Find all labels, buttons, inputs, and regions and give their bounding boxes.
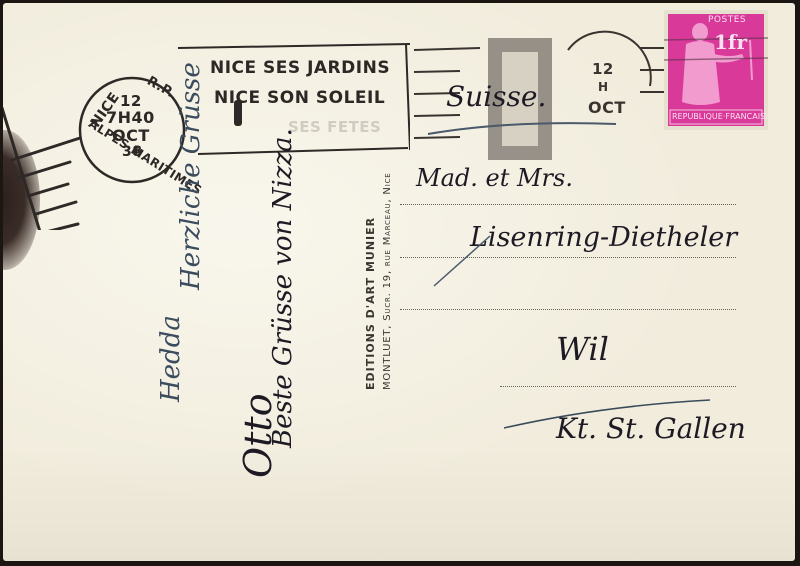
slogan-line-2: NICE SON SOLEIL [214, 88, 385, 108]
stamp-bottom-label: REPUBLIQUE·FRANCAISE [672, 112, 770, 121]
message-greeting: Herzliche Grüsse [176, 62, 206, 290]
address-line-salutation: Mad. et Mrs. [416, 164, 573, 192]
second-postmark-day: 12 [592, 60, 614, 78]
message-signature-hedda: Hedda [156, 315, 186, 402]
stamp-top-label: POSTES [708, 15, 746, 25]
address-line-1 [400, 204, 736, 205]
postmark-nice: NICE R.P. 12 7H40 OCT 38 ALPES MARITIMES [76, 74, 188, 186]
slogan-line-1: NICE SES JARDINS [210, 58, 390, 78]
address-country: Suisse. [446, 80, 546, 113]
address-line-city: Wil [556, 330, 609, 368]
publisher-address: MONTLUET, Sucr. 19, rue Marceau, Nice [382, 173, 393, 390]
slogan-line-3: SES FETES [288, 118, 381, 136]
stamp-value: 1fr [714, 30, 747, 54]
address-line-3 [400, 309, 736, 310]
address-slash [430, 230, 510, 290]
postmark-time: 7H40 [106, 108, 155, 127]
publisher-name: EDITIONS D'ART MUNIER [364, 217, 377, 390]
country-underline [420, 112, 620, 142]
canton-underline [500, 396, 720, 436]
address-line-name: Lisenring-Dietheler [470, 222, 737, 253]
postage-stamp: POSTES 1fr REPUBLIQUE·FRANCAISE [664, 10, 768, 130]
message-signature-otto: Otto [236, 393, 280, 478]
address-line-4 [500, 386, 736, 387]
second-postmark-time: H [598, 80, 609, 94]
